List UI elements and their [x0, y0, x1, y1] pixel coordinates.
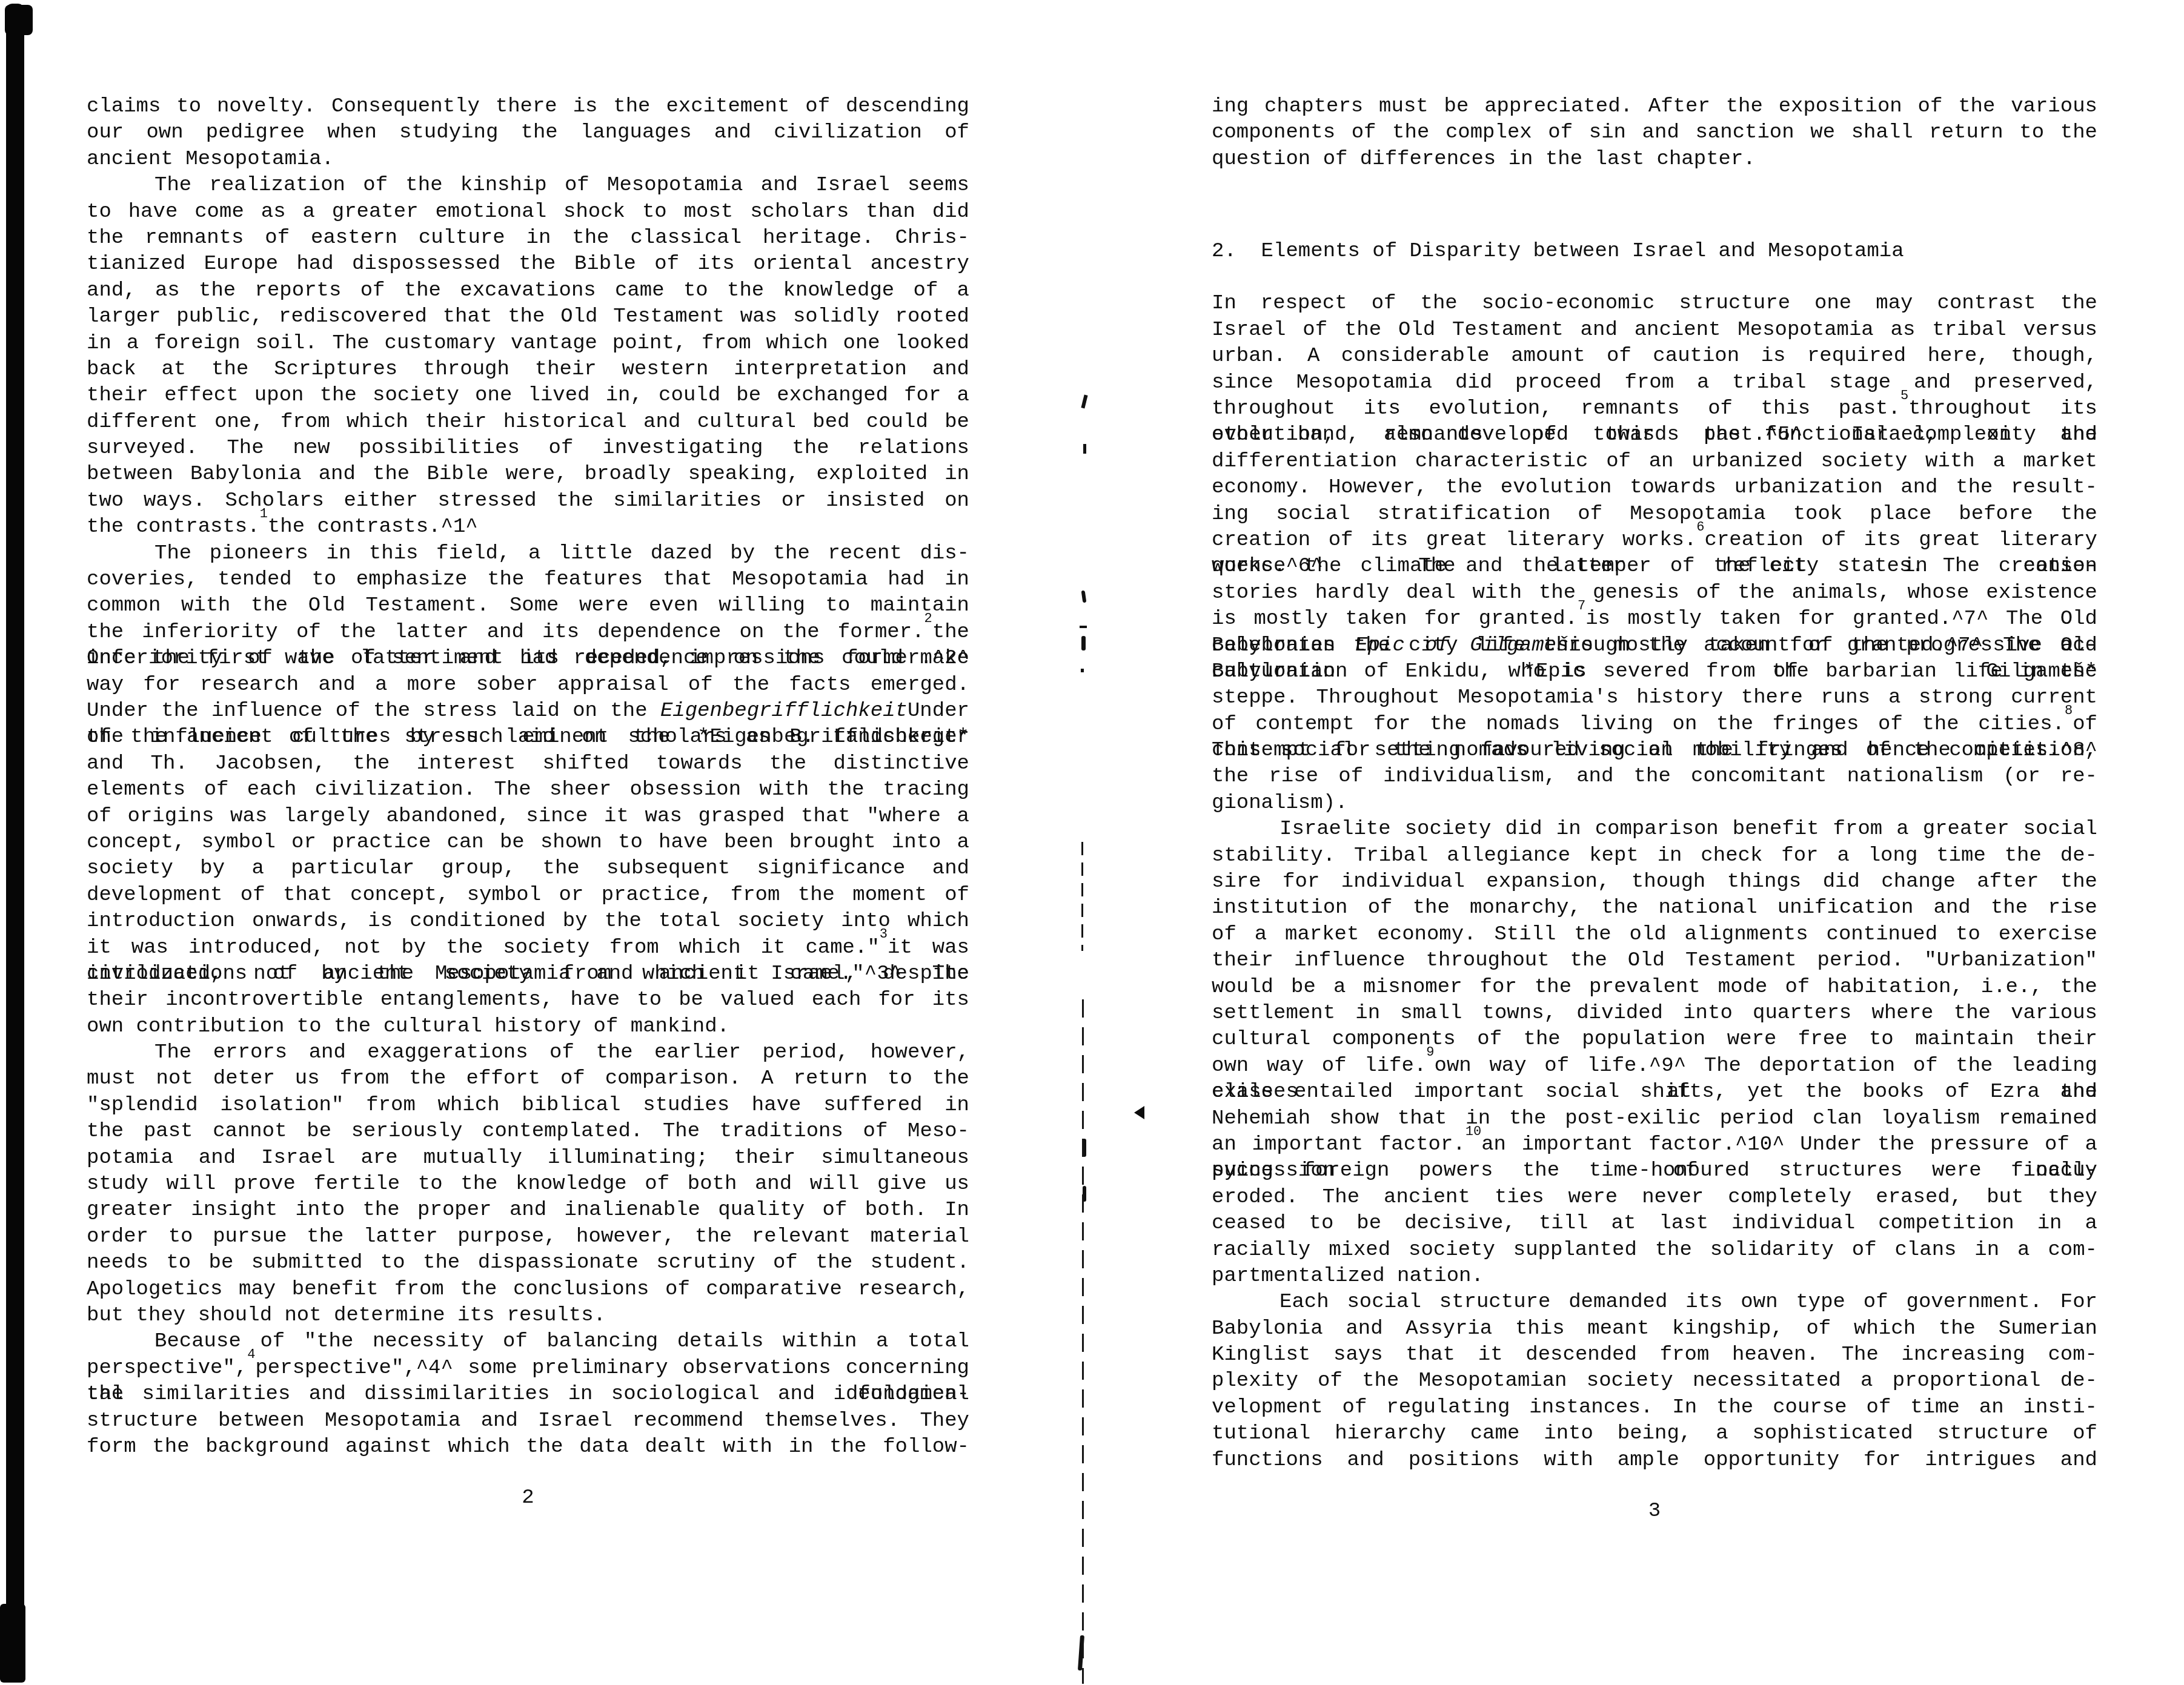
text-line: urban. A considerable amount of caution …: [1212, 343, 2097, 369]
text-line: to have come as a greater emotional shoc…: [87, 199, 969, 225]
text-line: pying foreign powers the time-honoured s…: [1212, 1158, 2097, 1184]
text-line: needs to be submitted to the dispassiona…: [87, 1250, 969, 1276]
text-line: velopment of regulating instances. In th…: [1212, 1395, 2097, 1421]
right-page: ing chapters must be appreciated. After …: [1212, 94, 2097, 1474]
text-line: back at the Scriptures through their wes…: [87, 357, 969, 383]
text-line: stability. Tribal allegiance kept in che…: [1212, 843, 2097, 869]
text-line: the past cannot be seriously contemplate…: [87, 1119, 969, 1145]
footnote-marker: 5: [1900, 388, 1908, 403]
text-line: tutional hierarchy came into being, a so…: [1212, 1421, 2097, 1447]
text-line: racially mixed society supplanted the so…: [1212, 1237, 2097, 1263]
text-line: must not deter us from the effort of com…: [87, 1066, 969, 1092]
text-line: The pioneers in this field, a little daz…: [87, 541, 969, 567]
text-line: the inferiority of the latter and its de…: [87, 620, 969, 646]
text-line: form the background against which the da…: [87, 1434, 969, 1460]
text-line: plexity of the Mesopotamian society nece…: [1212, 1368, 2097, 1394]
text-line: order to pursue the latter purpose, howe…: [87, 1224, 969, 1250]
gutter-fold-line: [1081, 842, 1083, 951]
text-line: their influence throughout the Old Testa…: [1212, 948, 2097, 974]
text-line: claims to novelty. Consequently there is…: [87, 94, 969, 120]
text-line: components of the complex of sin and san…: [1212, 120, 2097, 146]
text-line: own way of life.9own way of life.^9^ The…: [1212, 1053, 2097, 1079]
text-line: common with the Old Testament. Some were…: [87, 593, 969, 619]
text-line: exile entailed important social shifts, …: [1212, 1079, 2097, 1105]
text-line: two ways. Scholars either stressed the s…: [87, 488, 969, 514]
text-line: quence the climate and the temper of the…: [1212, 554, 2097, 580]
text-line: surveyed. The new possibilities of inves…: [87, 435, 969, 462]
scan-speck: [1081, 636, 1086, 650]
text-line: economy. However, the evolution towards …: [1212, 475, 2097, 501]
footnote-marker: 7: [1578, 598, 1585, 614]
text-line: differentiation characteristic of an urb…: [1212, 449, 2097, 475]
footnote-marker: 2: [924, 611, 932, 626]
scan-speck: [1081, 669, 1084, 672]
text-line: institution of the monarchy, the nationa…: [1212, 895, 2097, 921]
text-line: perspective",4perspective",^4^ some prel…: [87, 1356, 969, 1382]
text-line: throughout its evolution, remnants of th…: [1212, 396, 2097, 422]
footnote-marker: 9: [1426, 1045, 1434, 1060]
text-line: the rise of individualism, and the conco…: [1212, 764, 2097, 790]
paragraph-gap: [1212, 265, 2097, 291]
footnote-marker: 6: [1696, 520, 1704, 535]
text-line: Israelite society did in comparison bene…: [1212, 816, 2097, 842]
section-heading: 2. Elements of Disparity between Israel …: [1212, 239, 2097, 265]
text-line: functions and positions with ample oppor…: [1212, 1448, 2097, 1474]
text-line: introduction onwards, is conditioned by …: [87, 909, 969, 935]
text-line: celebrates the city life through the acc…: [1212, 633, 2097, 659]
text-line: of contempt for the nomads living on the…: [1212, 712, 2097, 738]
text-line: Because of "the necessity of balancing d…: [87, 1329, 969, 1355]
text-line: their incontrovertible entanglements, ha…: [87, 987, 969, 1013]
paragraph-gap: [1212, 173, 2097, 239]
text-line: since Mesopotamia did proceed from a tri…: [1212, 370, 2097, 396]
footnote-marker: 10: [1465, 1124, 1481, 1139]
text-line: the contrasts.1the contrasts.^1^: [87, 514, 969, 540]
text-line: settlement in small towns, divided into …: [1212, 1001, 2097, 1027]
text-line: ing social stratification of Mesopotamia…: [1212, 502, 2097, 528]
text-line: other hand, also developed towards the f…: [1212, 422, 2097, 448]
text-line: and Th. Jacobsen, the interest shifted t…: [87, 751, 969, 777]
text-line: potamia and Israel are mutually illumina…: [87, 1145, 969, 1171]
text-line: their effect upon the society one lived …: [87, 383, 969, 409]
scan-edge-bar: [6, 4, 24, 1681]
text-line: tianized Europe had dispossessed the Bib…: [87, 251, 969, 277]
text-line: In respect of the socio-economic structu…: [1212, 291, 2097, 317]
text-line: coveries, tended to emphasize the featur…: [87, 567, 969, 593]
text-line: would be a misnomer for the prevalent mo…: [1212, 975, 2097, 1001]
text-line: civilizations of ancient Mesopotamia and…: [87, 961, 969, 987]
text-line: of the ancient cultures by such eminent …: [87, 724, 969, 750]
text-line: Nehemiah show that in the post-exilic pe…: [1212, 1106, 2097, 1132]
text-line: Kinglist says that it descended from hea…: [1212, 1342, 2097, 1368]
text-line: own contribution to the cultural history…: [87, 1014, 969, 1040]
page-number: 2: [87, 1485, 969, 1511]
text-line: culturation of Enkidu, who is severed fr…: [1212, 659, 2097, 685]
text-line: cultural components of the population we…: [1212, 1027, 2097, 1053]
text-line: our own pedigree when studying the langu…: [87, 120, 969, 146]
text-line: ancient Mesopotamia.: [87, 147, 969, 173]
text-line: partmentalized nation.: [1212, 1263, 2097, 1289]
text-line: of origins was largely abandoned, since …: [87, 804, 969, 830]
text-line: The realization of the kinship of Mesopo…: [87, 173, 969, 199]
text-line: eroded. The ancient ties were never comp…: [1212, 1185, 2097, 1211]
text-line: sire for individual expansion, though th…: [1212, 869, 2097, 895]
gutter-fold-line: [1082, 999, 1084, 1684]
text-line: but they should not determine its result…: [87, 1303, 969, 1329]
text-line: stories hardly deal with the genesis of …: [1212, 580, 2097, 606]
text-line: society by a particular group, the subse…: [87, 856, 969, 882]
text-line: Babylonia and Assyria this meant kingshi…: [1212, 1316, 2097, 1342]
text-line: greater insight into the proper and inal…: [87, 1197, 969, 1223]
text-line: of a market economy. Still the old align…: [1212, 922, 2097, 948]
footnote-marker: 4: [247, 1347, 255, 1362]
text-line: larger public, rediscovered that the Old…: [87, 304, 969, 330]
left-page: claims to novelty. Consequently there is…: [87, 94, 969, 1460]
text-line: steppe. Throughout Mesopotamia's history…: [1212, 685, 2097, 711]
text-line: ceased to be decisive, till at last indi…: [1212, 1211, 2097, 1237]
text-line: The errors and exaggerations of the earl…: [87, 1040, 969, 1066]
text-line: different one, from which their historic…: [87, 409, 969, 435]
italic-text: Eigenbegrifflichkeit: [660, 700, 908, 723]
text-line: tal similarities and dissimilarities in …: [87, 1382, 969, 1408]
text-line: between Babylonia and the Bible were, br…: [87, 462, 969, 488]
text-line: question of differences in the last chap…: [1212, 147, 2097, 173]
footnote-marker: 1: [260, 506, 268, 521]
scan-speck: [1081, 591, 1087, 603]
text-line: creation of its great literary works.6cr…: [1212, 528, 2097, 554]
text-line: way for research and a more sober apprai…: [87, 672, 969, 698]
text-line: ing chapters must be appreciated. After …: [1212, 94, 2097, 120]
footnote-marker: 3: [880, 927, 888, 942]
text-line: Israel of the Old Testament and ancient …: [1212, 317, 2097, 343]
text-line: Apologetics may benefit from the conclus…: [87, 1277, 969, 1303]
text-line: the remnants of eastern culture in the c…: [87, 225, 969, 251]
text-line: gionalism).: [1212, 790, 2097, 816]
text-line: in a foreign soil. The customary vantage…: [87, 331, 969, 357]
text-line: Each social structure demanded its own t…: [1212, 1289, 2097, 1316]
text-line: elements of each civilization. The sheer…: [87, 777, 969, 803]
text-line: This social setting favoured social mobi…: [1212, 738, 2097, 764]
scan-speck: [1083, 444, 1086, 454]
text-line: study will prove fertile to the knowledg…: [87, 1171, 969, 1197]
scan-speck: [1080, 626, 1087, 628]
text-line: "splendid isolation" from which biblical…: [87, 1093, 969, 1119]
text-line: Once the first wave of sentiment had rec…: [87, 646, 969, 672]
text-line: an important factor.10an important facto…: [1212, 1132, 2097, 1158]
text-line: development of that concept, symbol or p…: [87, 882, 969, 909]
text-line: it was introduced, not by the society fr…: [87, 935, 969, 961]
text-line: is mostly taken for granted.7is mostly t…: [1212, 606, 2097, 632]
left-arrow-mark: [1134, 1106, 1144, 1119]
text-line: structure between Mesopotamia and Israel…: [87, 1408, 969, 1434]
scan-speck: [1081, 395, 1087, 409]
text-line: concept, symbol or practice can be shown…: [87, 830, 969, 856]
text-line: Under the influence of the stress laid o…: [87, 698, 969, 724]
page-number: 3: [1212, 1498, 2097, 1524]
footnote-marker: 8: [2065, 703, 2073, 718]
text-line: and, as the reports of the excavations c…: [87, 278, 969, 304]
